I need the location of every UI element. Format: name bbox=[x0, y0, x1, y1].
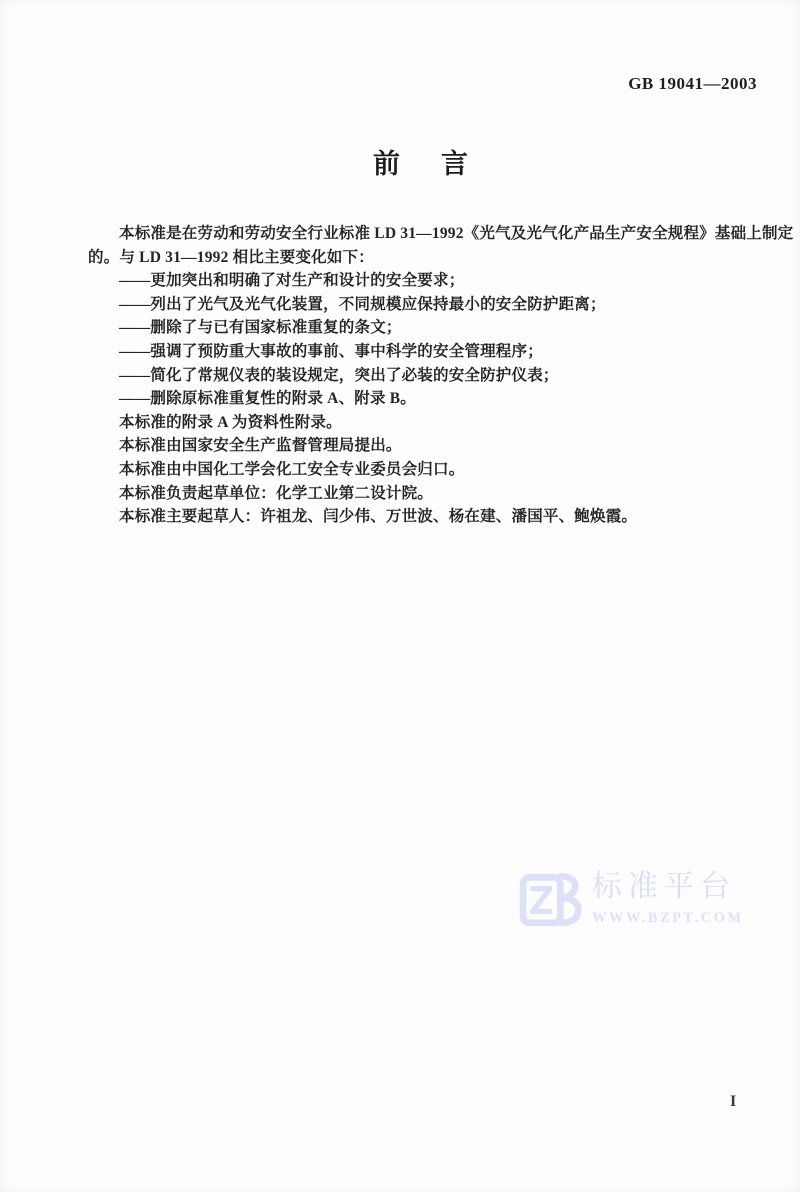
page-title: 前 言 bbox=[88, 142, 760, 181]
bzpt-logo-icon bbox=[518, 866, 582, 928]
standard-code: GB 19041—2003 bbox=[628, 74, 757, 94]
document-page: GB 19041—2003 前 言 本标准是在劳动和劳动安全行业标准 LD 31… bbox=[0, 0, 800, 1192]
watermark-brand-text: 标准平台 bbox=[592, 870, 744, 904]
foreword-body: 本标准是在劳动和劳动安全行业标准 LD 31—1992《光气及光气化产品生产安全… bbox=[88, 222, 768, 529]
body-line: ——列出了光气及光气化装置，不同规模应保持最小的安全防护距离； bbox=[88, 293, 768, 317]
body-line: 本标准主要起草人：许祖龙、闫少伟、万世波、杨在建、潘国平、鲍焕霞。 bbox=[88, 505, 768, 529]
body-line: 本标准负责起草单位：化学工业第二设计院。 bbox=[88, 482, 768, 506]
body-line: ——强调了预防重大事故的事前、事中科学的安全管理程序； bbox=[88, 340, 768, 364]
body-line: ——简化了常规仪表的装设规定，突出了必装的安全防护仪表； bbox=[88, 364, 768, 388]
watermark-texts: 标准平台 WWW.BZPT.COM bbox=[592, 866, 744, 927]
body-line: ——删除了与已有国家标准重复的条文； bbox=[88, 316, 768, 340]
body-line: ——删除原标准重复性的附录 A、附录 B。 bbox=[88, 387, 768, 411]
body-line: 本标准的附录 A 为资料性附录。 bbox=[88, 411, 768, 435]
watermark: 标准平台 WWW.BZPT.COM bbox=[518, 866, 744, 928]
page-number: I bbox=[730, 1093, 736, 1111]
body-line: 的。与 LD 31—1992 相比主要变化如下： bbox=[88, 246, 768, 270]
body-line: 本标准由国家安全生产监督管理局提出。 bbox=[88, 434, 768, 458]
watermark-website-text: WWW.BZPT.COM bbox=[592, 910, 744, 927]
body-line: ——更加突出和明确了对生产和设计的安全要求； bbox=[88, 269, 768, 293]
body-line: 本标准是在劳动和劳动安全行业标准 LD 31—1992《光气及光气化产品生产安全… bbox=[88, 222, 768, 246]
body-line: 本标准由中国化工学会化工安全专业委员会归口。 bbox=[88, 458, 768, 482]
